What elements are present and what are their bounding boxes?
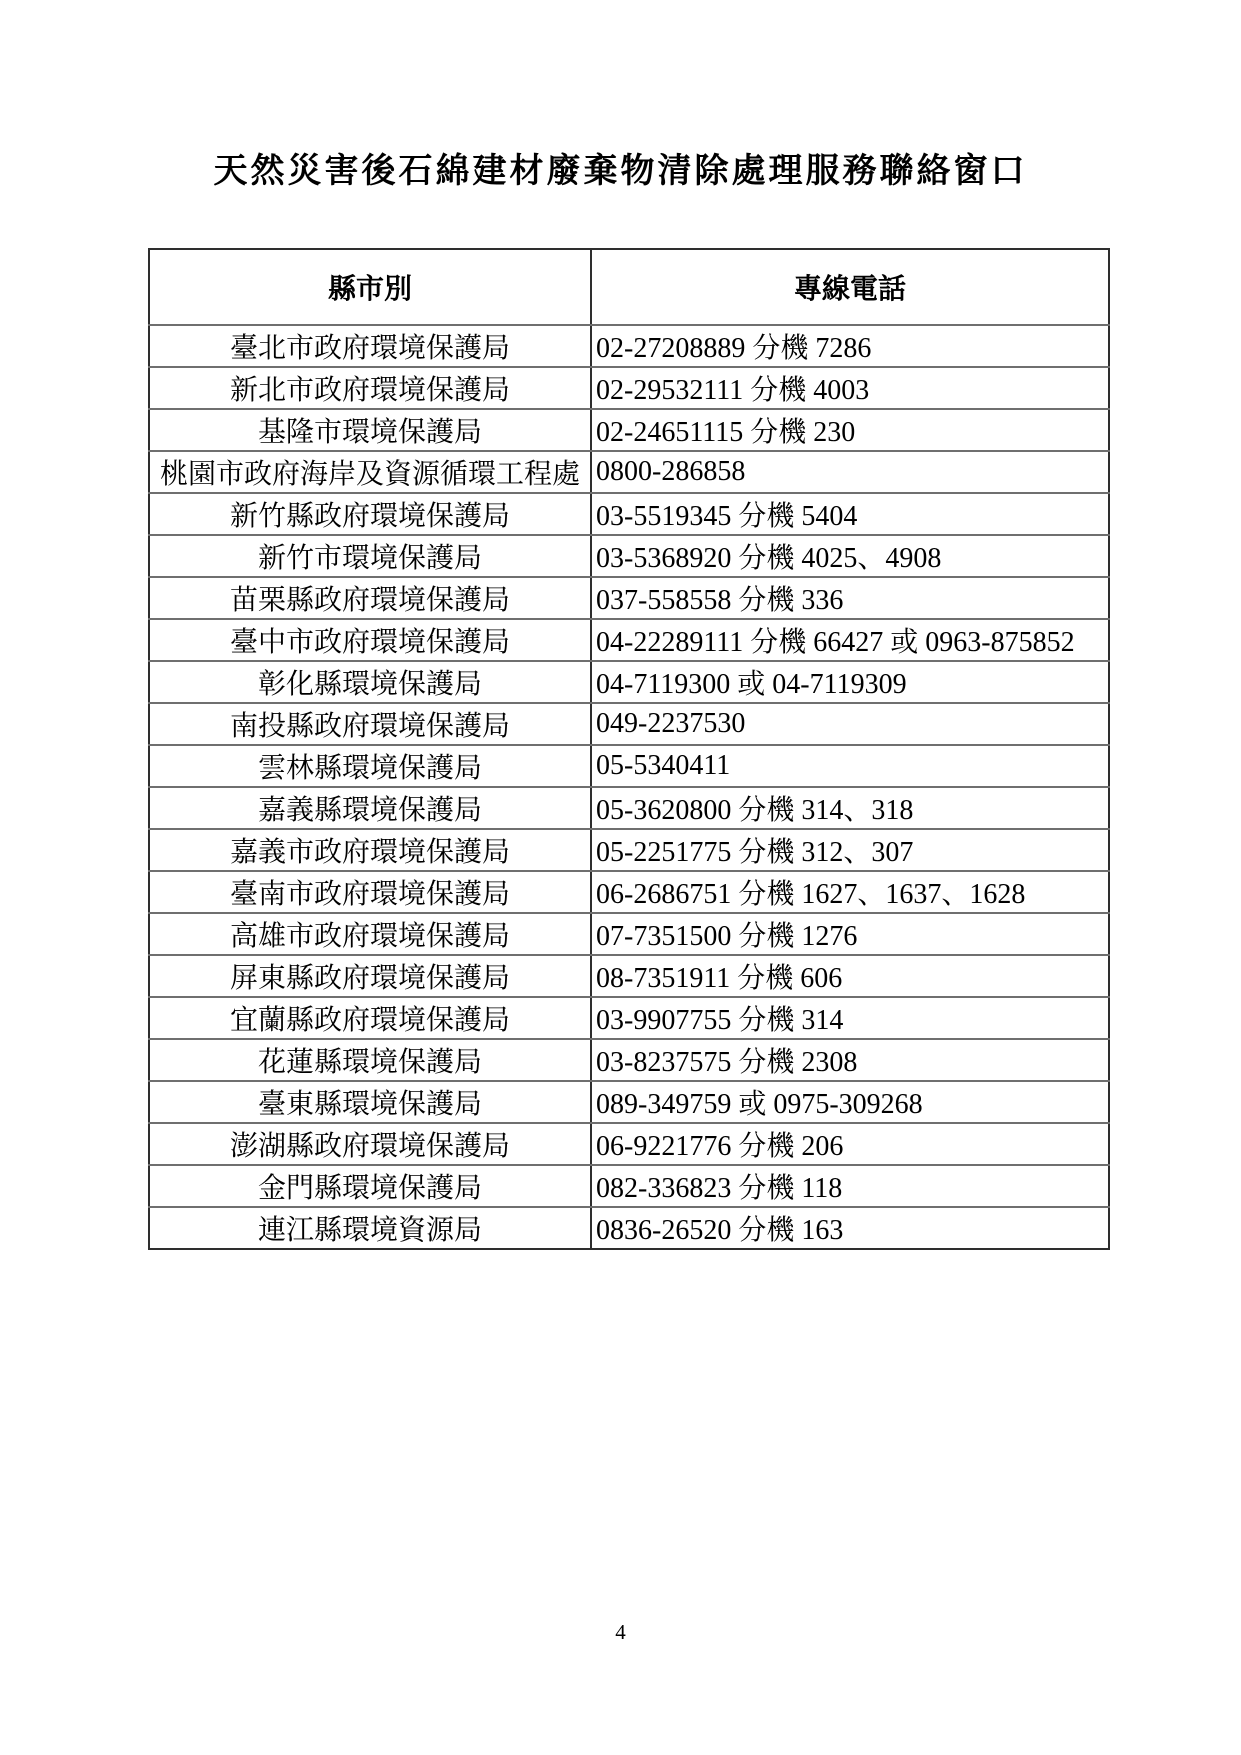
county-cell: 新北市政府環境保護局 — [149, 367, 591, 409]
phone-cell: 089-349759 或 0975-309268 — [591, 1081, 1109, 1123]
county-cell: 新竹縣政府環境保護局 — [149, 493, 591, 535]
phone-cell: 04-22289111 分機 66427 或 0963-875852 — [591, 619, 1109, 661]
phone-cell: 0836-26520 分機 163 — [591, 1207, 1109, 1249]
county-cell: 宜蘭縣政府環境保護局 — [149, 997, 591, 1039]
phone-cell: 05-2251775 分機 312、307 — [591, 829, 1109, 871]
contact-table: 縣市別 專線電話 臺北市政府環境保護局02-27208889 分機 7286新北… — [148, 248, 1110, 1250]
phone-cell: 05-5340411 — [591, 745, 1109, 787]
county-cell: 花蓮縣環境保護局 — [149, 1039, 591, 1081]
phone-cell: 04-7119300 或 04-7119309 — [591, 661, 1109, 703]
table-row: 雲林縣環境保護局05-5340411 — [149, 745, 1109, 787]
table-row: 臺北市政府環境保護局02-27208889 分機 7286 — [149, 325, 1109, 367]
county-cell: 連江縣環境資源局 — [149, 1207, 591, 1249]
county-cell: 澎湖縣政府環境保護局 — [149, 1123, 591, 1165]
table-row: 南投縣政府環境保護局049-2237530 — [149, 703, 1109, 745]
phone-column-header: 專線電話 — [591, 249, 1109, 325]
table-row: 宜蘭縣政府環境保護局03-9907755 分機 314 — [149, 997, 1109, 1039]
county-cell: 基隆市環境保護局 — [149, 409, 591, 451]
table-row: 連江縣環境資源局0836-26520 分機 163 — [149, 1207, 1109, 1249]
county-column-header: 縣市別 — [149, 249, 591, 325]
table-row: 新竹縣政府環境保護局03-5519345 分機 5404 — [149, 493, 1109, 535]
phone-cell: 02-29532111 分機 4003 — [591, 367, 1109, 409]
table-header-row: 縣市別 專線電話 — [149, 249, 1109, 325]
contact-table-container: 縣市別 專線電話 臺北市政府環境保護局02-27208889 分機 7286新北… — [148, 248, 1108, 1250]
page-number: 4 — [0, 1620, 1241, 1645]
table-row: 金門縣環境保護局082-336823 分機 118 — [149, 1165, 1109, 1207]
phone-cell: 037-558558 分機 336 — [591, 577, 1109, 619]
phone-cell: 02-27208889 分機 7286 — [591, 325, 1109, 367]
county-cell: 屏東縣政府環境保護局 — [149, 955, 591, 997]
county-cell: 臺東縣環境保護局 — [149, 1081, 591, 1123]
phone-cell: 03-5519345 分機 5404 — [591, 493, 1109, 535]
table-row: 臺南市政府環境保護局06-2686751 分機 1627、1637、1628 — [149, 871, 1109, 913]
county-cell: 嘉義縣環境保護局 — [149, 787, 591, 829]
phone-cell: 049-2237530 — [591, 703, 1109, 745]
table-row: 新北市政府環境保護局02-29532111 分機 4003 — [149, 367, 1109, 409]
table-row: 花蓮縣環境保護局03-8237575 分機 2308 — [149, 1039, 1109, 1081]
county-cell: 臺南市政府環境保護局 — [149, 871, 591, 913]
county-cell: 桃園市政府海岸及資源循環工程處 — [149, 451, 591, 493]
phone-cell: 06-9221776 分機 206 — [591, 1123, 1109, 1165]
phone-cell: 08-7351911 分機 606 — [591, 955, 1109, 997]
county-cell: 金門縣環境保護局 — [149, 1165, 591, 1207]
county-cell: 嘉義市政府環境保護局 — [149, 829, 591, 871]
table-row: 高雄市政府環境保護局07-7351500 分機 1276 — [149, 913, 1109, 955]
county-cell: 新竹市環境保護局 — [149, 535, 591, 577]
phone-cell: 05-3620800 分機 314、318 — [591, 787, 1109, 829]
phone-cell: 082-336823 分機 118 — [591, 1165, 1109, 1207]
county-cell: 雲林縣環境保護局 — [149, 745, 591, 787]
phone-cell: 03-8237575 分機 2308 — [591, 1039, 1109, 1081]
phone-cell: 03-5368920 分機 4025、4908 — [591, 535, 1109, 577]
table-row: 彰化縣環境保護局04-7119300 或 04-7119309 — [149, 661, 1109, 703]
table-row: 臺中市政府環境保護局04-22289111 分機 66427 或 0963-87… — [149, 619, 1109, 661]
phone-cell: 06-2686751 分機 1627、1637、1628 — [591, 871, 1109, 913]
table-row: 桃園市政府海岸及資源循環工程處0800-286858 — [149, 451, 1109, 493]
county-cell: 臺北市政府環境保護局 — [149, 325, 591, 367]
table-row: 臺東縣環境保護局089-349759 或 0975-309268 — [149, 1081, 1109, 1123]
page-title: 天然災害後石綿建材廢棄物清除處理服務聯絡窗口 — [0, 143, 1241, 192]
phone-cell: 0800-286858 — [591, 451, 1109, 493]
table-row: 嘉義縣環境保護局05-3620800 分機 314、318 — [149, 787, 1109, 829]
phone-cell: 03-9907755 分機 314 — [591, 997, 1109, 1039]
table-row: 澎湖縣政府環境保護局06-9221776 分機 206 — [149, 1123, 1109, 1165]
table-row: 基隆市環境保護局02-24651115 分機 230 — [149, 409, 1109, 451]
county-cell: 彰化縣環境保護局 — [149, 661, 591, 703]
table-row: 新竹市環境保護局03-5368920 分機 4025、4908 — [149, 535, 1109, 577]
county-cell: 高雄市政府環境保護局 — [149, 913, 591, 955]
table-row: 苗栗縣政府環境保護局037-558558 分機 336 — [149, 577, 1109, 619]
phone-cell: 02-24651115 分機 230 — [591, 409, 1109, 451]
phone-cell: 07-7351500 分機 1276 — [591, 913, 1109, 955]
county-cell: 南投縣政府環境保護局 — [149, 703, 591, 745]
table-row: 屏東縣政府環境保護局08-7351911 分機 606 — [149, 955, 1109, 997]
county-cell: 苗栗縣政府環境保護局 — [149, 577, 591, 619]
county-cell: 臺中市政府環境保護局 — [149, 619, 591, 661]
table-row: 嘉義市政府環境保護局05-2251775 分機 312、307 — [149, 829, 1109, 871]
